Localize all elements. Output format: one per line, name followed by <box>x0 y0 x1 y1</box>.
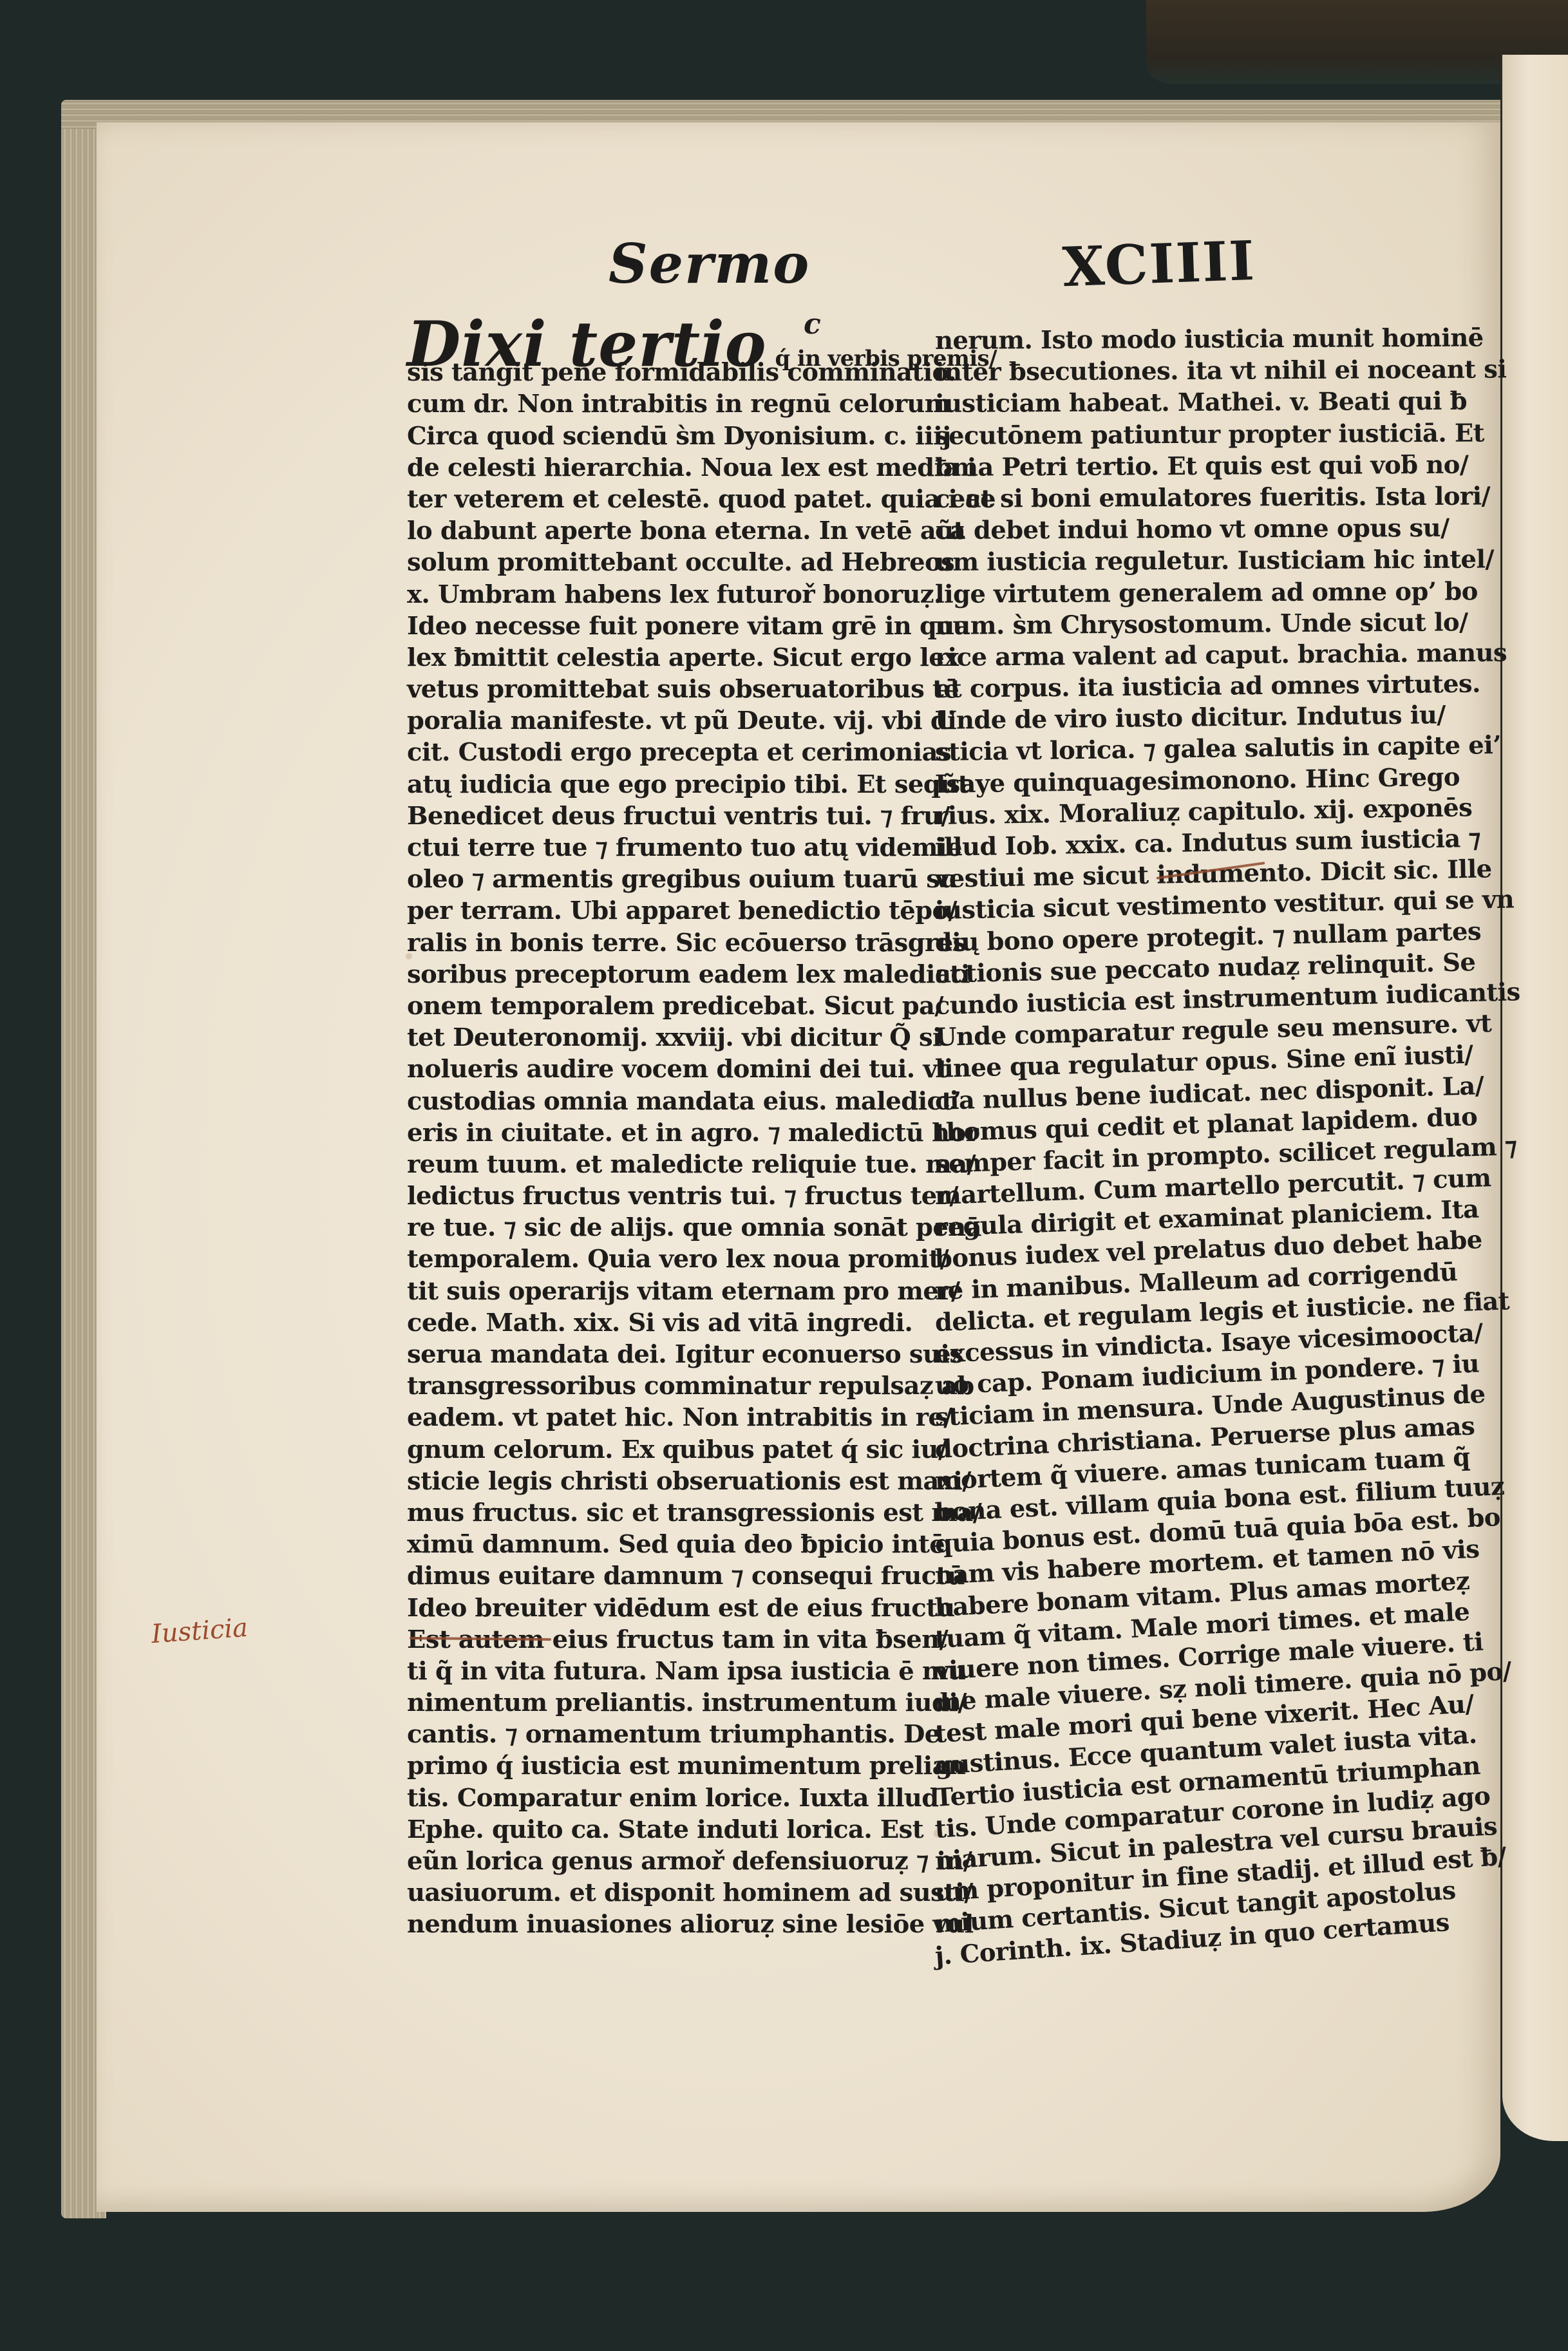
text-line: de celesti hierarchia. Noua lex est medi… <box>407 452 925 484</box>
text-line: tet Deuteronomij. xxviij. vbi dicitur Q̃… <box>407 1022 925 1053</box>
text-line: cede. Math. xix. Si vis ad vitā ingredi. <box>407 1307 925 1339</box>
running-head-title: Sermo <box>609 232 810 296</box>
text-line: ƀma Petri tertio. Et quis est qui voƃ no… <box>935 449 1463 483</box>
text-line: tis. Comparatur enim lorice. Iuxta illud <box>407 1782 925 1814</box>
text-line: lo dabunt aperte bona eterna. In vetē aũ… <box>407 515 925 547</box>
text-line: vetus promittebat suis obseruatoribus tē <box>407 674 925 705</box>
text-line: nolueris audire vocem domini dei tui. vt <box>407 1053 925 1085</box>
text-line: sticie legis christi obseruationis est m… <box>407 1466 925 1497</box>
text-line: sis tangit pene formidabilis comminatio. <box>407 357 925 388</box>
text-line: ledictus fructus ventris tui. ⁊ fructus … <box>407 1180 925 1212</box>
text-line: uasiuorum. et disponit hominem ad susti/ <box>407 1877 925 1909</box>
text-line: cantis. ⁊ ornamentum triumphantis. De <box>407 1719 925 1750</box>
text-line: solum promittebant occulte. ad Hebreos <box>407 547 925 578</box>
text-line: soribus preceptorum eadem lex maledicti <box>407 959 925 990</box>
text-line: eũn lorica genus armoř defensiuoruẓ ⁊ in… <box>407 1846 925 1877</box>
text-line: gnum celorum. Ex quibus patet q́ sic iu/ <box>407 1434 925 1466</box>
text-line: Ideo breuiter vidēdum est de eius fructu <box>407 1592 925 1624</box>
text-line: inter ƀsecutiones. ita vt nihil ei nocea… <box>935 354 1463 388</box>
right-text-column: nerum. Isto modo iusticia munit hominēin… <box>935 325 1463 1972</box>
text-line: Ephe. quito ca. State induti lorica. Est <box>407 1814 925 1846</box>
text-line: ximū damnum. Sed quia deo ƀpicio intē <box>407 1529 925 1560</box>
text-line: tit suis operarijs vitam eternam pro mer… <box>407 1276 925 1307</box>
text-line: num. s̀m Chrysostomum. Unde sicut lo/ <box>935 607 1463 642</box>
text-line: lige virtutem generalem ad omne op’ bo <box>935 576 1463 610</box>
text-line: primo q́ iusticia est munimentum prelian <box>407 1750 925 1782</box>
text-line: Ideo necesse fuit ponere vitam grē in qu… <box>407 610 925 642</box>
text-line: ti q̃ in vita futura. Nam ipsa iusticia … <box>407 1656 925 1687</box>
text-line: ca debet indui homo vt omne opus su/ <box>935 513 1463 547</box>
text-line: cum dr. Non intrabitis in regnū celorum <box>407 388 925 420</box>
text-line: ter veterem et celestē. quod patet. quia… <box>407 484 925 515</box>
text-line: mus fructus. sic et transgressionis est … <box>407 1497 925 1529</box>
text-line: lex ƀmittit celestia aperte. Sicut ergo … <box>407 642 925 674</box>
text-line: rice arma valent ad caput. brachia. manu… <box>935 637 1463 674</box>
text-line: poralia manifeste. vt pũ Deute. vij. vbi… <box>407 705 925 737</box>
text-line: nendum inuasiones alioruẓ sine lesiōe vu… <box>407 1909 925 1940</box>
running-head: Sermo XCIIII <box>0 232 1568 303</box>
text-line: um iusticia reguletur. Iusticiam hic int… <box>935 544 1463 578</box>
text-line: x. Umbram habens lex futuroř bonoruẓ. <box>407 579 925 610</box>
text-line: per terram. Ubi apparet benedictio tēpo/ <box>407 895 925 927</box>
text-line: ceat si boni emulatores fueritis. Ista l… <box>935 481 1463 515</box>
text-line: Circa quod sciendū s̀m Dyonisium. c. iii… <box>407 420 925 452</box>
facing-page-edge <box>1502 55 1568 2141</box>
text-line: ralis in bonis terre. Sic ecōuerso trāsg… <box>407 927 925 959</box>
text-line: nimentum preliantis. instrumentum iudi/ <box>407 1687 925 1719</box>
text-line: onem temporalem predicebat. Sicut pa/ <box>407 990 925 1022</box>
text-line: Dixi tertio q́ in verbis premis/ <box>407 325 925 357</box>
left-text-column: Dixi tertio q́ in verbis premis/ sis tan… <box>407 325 925 1941</box>
text-line: eris in ciuitate. et in agro. ⁊ maledict… <box>407 1117 925 1149</box>
text-line: temporalem. Quia vero lex noua promit/ <box>407 1243 925 1275</box>
folio-number: XCIIII <box>1061 229 1256 299</box>
text-line: reum tuum. et maledicte reliquie tue. ma… <box>407 1149 925 1180</box>
text-line: cit. Custodi ergo precepta et cerimonias <box>407 737 925 768</box>
text-line: secutōnem patiuntur propter iusticiā. Et <box>935 417 1463 451</box>
text-line: custodias omnia mandata eius. maledict’ <box>407 1086 925 1117</box>
text-line: dimus euitare damnum ⁊ consequi fructū <box>407 1560 925 1592</box>
text-line: Benedicet deus fructui ventris tui. ⁊ fr… <box>407 800 925 832</box>
text-line: oleo ⁊ armentis gregibus ouium tuarū su <box>407 864 925 895</box>
text-line: nerum. Isto modo iusticia munit hominē <box>935 323 1463 357</box>
text-line: transgressoribus comminatur repulsaẓ ab <box>407 1370 925 1402</box>
text-line: atų iudicia que ego precipio tibi. Et se… <box>407 769 925 800</box>
text-line: serua mandata dei. Igitur econuerso suis <box>407 1339 925 1370</box>
text-line: eadem. vt patet hic. Non intrabitis in r… <box>407 1402 925 1433</box>
text-line: iusticiam habeat. Mathei. v. Beati qui ƀ <box>935 386 1463 420</box>
text-line: ctui terre tue ⁊ frumento tuo atų videmi… <box>407 832 925 864</box>
text-line: re tue. ⁊ sic de alijs. que omnia sonāt … <box>407 1212 925 1243</box>
